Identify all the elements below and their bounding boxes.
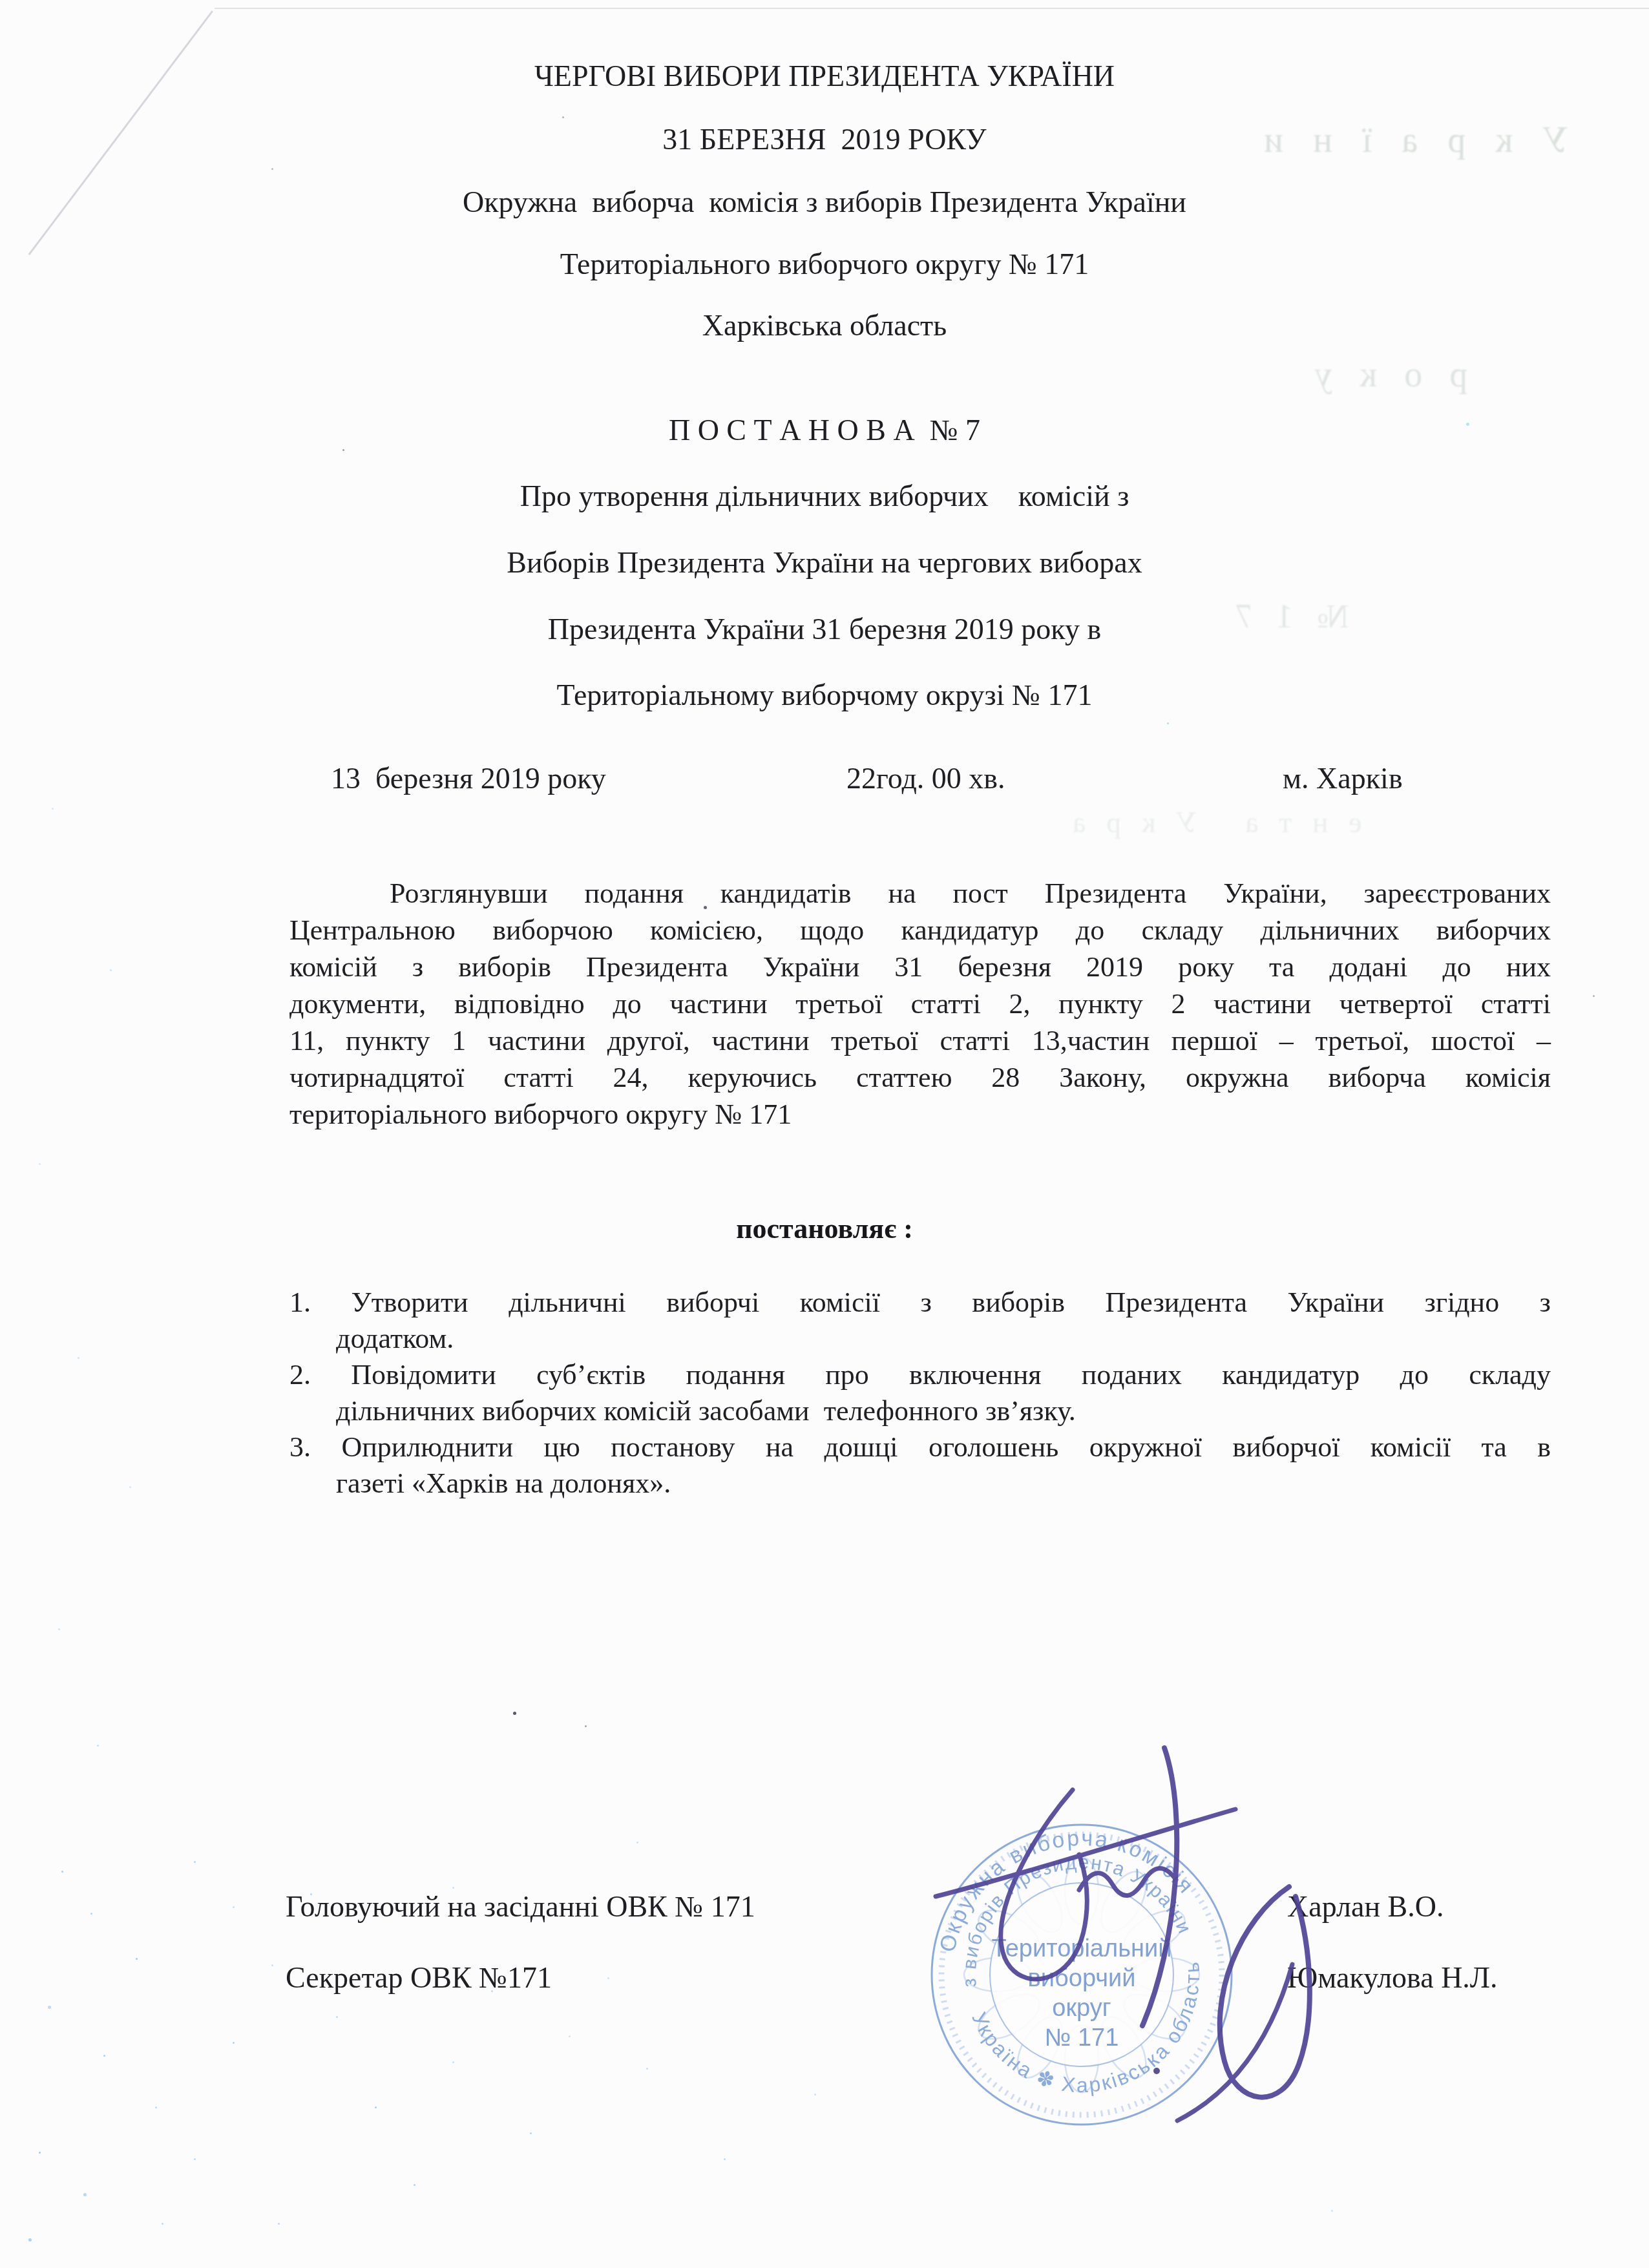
resolution-subject-line: Виборів Президента України на чергових в… <box>0 546 1649 580</box>
signature-role-chairman: Головуючий на засіданні ОВК № 171 <box>286 1889 755 1924</box>
handwritten-signature <box>866 1693 1357 2184</box>
bleed-through-text: р о к у <box>1305 354 1467 395</box>
document-date: 13 березня 2019 року <box>331 761 606 795</box>
decree-item-line: 2. Повідомити суб’єктів подання про вклю… <box>289 1357 1551 1393</box>
decree-item-line: 1. Утворити дільничні виборчі комісії з … <box>289 1285 1551 1321</box>
preamble-line: Центральною виборчою комісією, щодо канд… <box>289 912 1551 949</box>
page-edge-hairline <box>215 8 1649 9</box>
dateline-row: 13 березня 2019 року 22год. 00 хв. м. Ха… <box>0 761 1649 800</box>
ink-dot <box>1153 2068 1160 2074</box>
decree-list: 1. Утворити дільничні виборчі комісії з … <box>289 1285 1551 1502</box>
document-header-line: Територіального виборчого округу № 171 <box>0 247 1649 282</box>
resolution-title: П О С Т А Н О В А № 7 <box>0 414 1649 448</box>
document-header-line: Окружна виборча комісія з виборів Презид… <box>0 185 1649 220</box>
document-header-line: 31 БЕРЕЗНЯ 2019 РОКУ <box>0 123 1649 157</box>
resolution-subject-line: Територіальному виборчому окрузі № 171 <box>0 678 1649 713</box>
preamble-line: Розглянувши подання кандидатів на пост П… <box>289 875 1551 912</box>
scan-noise-speckles <box>0 0 2 2</box>
document-time: 22год. 00 хв. <box>846 761 1005 795</box>
preamble-line: територіального виборчого округу № 171 <box>289 1096 1551 1133</box>
preamble-line: 11, пункту 1 частини другої, частини тре… <box>289 1022 1551 1059</box>
decree-keyword: постановляє : <box>0 1212 1649 1245</box>
preamble-paragraph: Розглянувши подання кандидатів на пост П… <box>289 875 1551 1133</box>
decree-item-line: газеті «Харків на долонях». <box>289 1465 1551 1502</box>
resolution-subject-line: Президента України 31 березня 2019 року … <box>0 613 1649 647</box>
scanned-document-page: У к р а ї н и р о к у № 1 7 е н т а У к … <box>0 0 1649 2268</box>
preamble-line: чотирнадцятої статті 24, керуючись статт… <box>289 1059 1551 1096</box>
preamble-line: комісій з виборів Президента України 31 … <box>289 949 1551 985</box>
decree-item-line: додатком. <box>289 1321 1551 1357</box>
signature-role-secretary: Секретар ОВК №171 <box>286 1960 552 1995</box>
bleed-through-text: е н т а У к р а <box>1066 805 1361 839</box>
document-place: м. Харків <box>1283 761 1403 795</box>
document-header-line: Харківська область <box>0 309 1649 343</box>
decree-item-line: дільничних виборчих комісій засобами тел… <box>289 1393 1551 1429</box>
preamble-line: документи, відповідно до частини третьої… <box>289 985 1551 1022</box>
decree-item-line: 3. Оприлюднити цю постанову на дошці ого… <box>289 1429 1551 1465</box>
document-header-line: ЧЕРГОВІ ВИБОРИ ПРЕЗИДЕНТА УКРАЇНИ <box>0 59 1649 94</box>
resolution-subject-line: Про утворення дільничних виборчих комісі… <box>0 479 1649 514</box>
